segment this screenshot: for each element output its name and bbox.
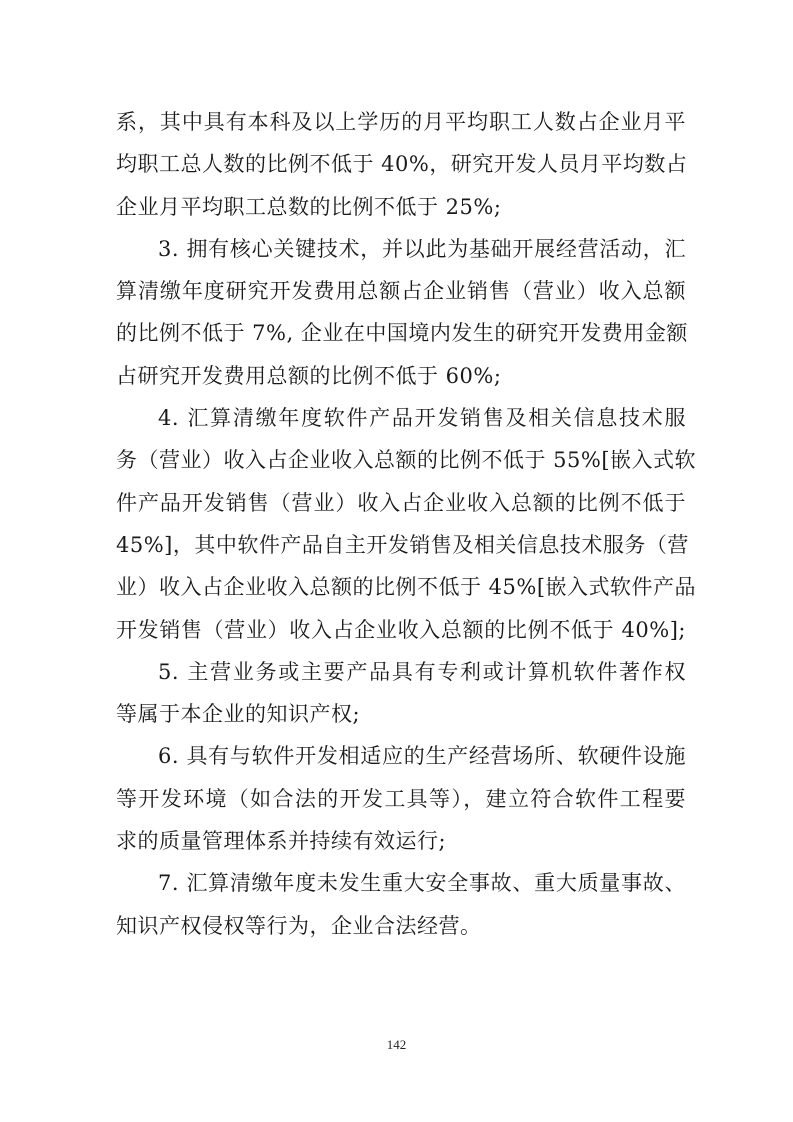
body-text: 系，其中具有本科及以上学历的月平均职工人数占企业月平 均职工总人数的比例不低于 … [116,101,686,947]
text-line: 企业月平均职工总数的比例不低于 25%; [116,186,686,228]
text-line: 系，其中具有本科及以上学历的月平均职工人数占企业月平 [116,101,686,143]
text-line: 等属于本企业的知识产权; [116,693,686,735]
text-line: 算清缴年度研究开发费用总额占企业销售（营业）收入总额 [116,270,686,312]
text-line: 45%]，其中软件产品自主开发销售及相关信息技术服务（营 [116,524,686,566]
text-line: 等开发环境（如合法的开发工具等），建立符合软件工程要 [116,778,686,820]
text-line: 占研究开发费用总额的比例不低于 60%; [116,355,686,397]
text-line: 知识产权侵权等行为，企业合法经营。 [116,905,686,947]
document-page: 系，其中具有本科及以上学历的月平均职工人数占企业月平 均职工总人数的比例不低于 … [0,0,793,1122]
item-6-line: 6. 具有与软件开发相适应的生产经营场所、软硬件设施 [116,735,686,777]
item-5-line: 5. 主营业务或主要产品具有专利或计算机软件著作权 [116,651,686,693]
item-7-line: 7. 汇算清缴年度未发生重大安全事故、重大质量事故、 [116,862,686,904]
page-number: 142 [0,1037,793,1053]
text-line: 件产品开发销售（营业）收入占企业收入总额的比例不低于 [116,482,686,524]
item-4-line: 4. 汇算清缴年度软件产品开发销售及相关信息技术服 [116,397,686,439]
item-3-line: 3. 拥有核心关键技术，并以此为基础开展经营活动，汇 [116,228,686,270]
text-line: 的比例不低于 7%, 企业在中国境内发生的研究开发费用金额 [116,312,686,354]
text-line: 求的质量管理体系并持续有效运行; [116,820,686,862]
text-line: 均职工总人数的比例不低于 40%，研究开发人员月平均数占 [116,143,686,185]
text-line: 业）收入占企业收入总额的比例不低于 45%[嵌入式软件产品 [116,566,686,608]
text-line: 开发销售（营业）收入占企业收入总额的比例不低于 40%]; [116,609,686,651]
text-line: 务（营业）收入占企业收入总额的比例不低于 55%[嵌入式软 [116,439,686,481]
